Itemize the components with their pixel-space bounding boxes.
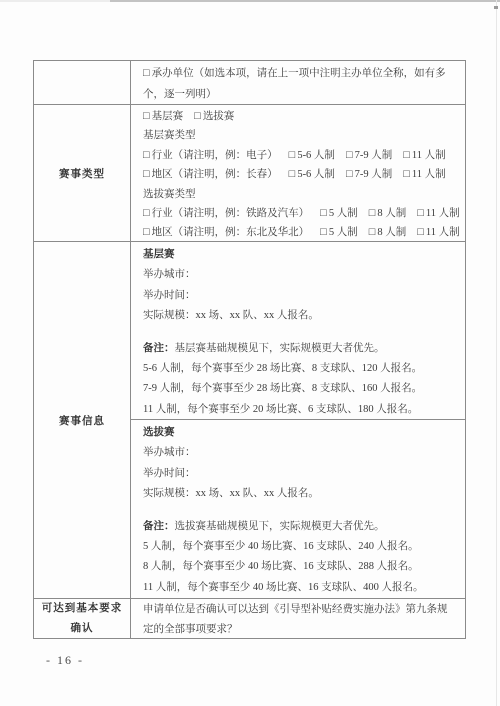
selection-region-options-line: □地区（请注明，例：东北及华北）□5 人制□8 人制□11 人制 [143, 223, 457, 241]
row-label-event-info: 赛事信息 [34, 242, 131, 598]
scan-edge-right [496, 0, 497, 706]
selection-event-section: 选拔赛 举办城市： 举办时间： 实际规模：xx 场、xx 队、xx 人报名。 备… [131, 420, 465, 598]
checkbox-option: □5 人制 [320, 227, 358, 238]
checkbox-option-label: 7-9 人制 [355, 150, 393, 161]
checkbox-icon: □ [143, 110, 150, 122]
scan-edge-top-light [0, 0, 110, 2]
checkbox-option: □11 人制 [417, 227, 459, 238]
checkbox-option-label: 基层赛 [152, 111, 184, 122]
checkbox-icon: □ [320, 226, 327, 238]
checkbox-option: □地区（请注明，例：东北及华北） [143, 227, 309, 238]
note-label: 备注： [143, 343, 175, 354]
organizer-option-label: 承办单位（如选本项，请在上一项中注明主办单位全称，如有多个，逐一列明） [143, 68, 446, 100]
checkbox-icon: □ [289, 168, 296, 180]
checkbox-option-label: 地区（请注明，例：东北及华北） [152, 227, 310, 238]
checkbox-option-label: 11 人制 [412, 150, 446, 161]
application-form-table: □承办单位（如选本项，请在上一项中注明主办单位全称，如有多个，逐一列明） 赛事类… [33, 60, 466, 639]
checkbox-option: □行业（请注明，例：铁路及汽车） [143, 208, 309, 219]
checkbox-icon: □ [417, 207, 424, 219]
checkbox-icon: □ [143, 226, 150, 238]
actual-scale-line: 实际规模：xx 场、xx 队、xx 人报名。 [143, 306, 457, 326]
host-city-line: 举办城市： [143, 265, 457, 285]
selection-section-title: 选拔赛 [143, 423, 457, 443]
actual-scale-line: 实际规模：xx 场、xx 队、xx 人报名。 [143, 484, 457, 504]
row-content-organizer: □承办单位（如选本项，请在上一项中注明主办单位全称，如有多个，逐一列明） [131, 61, 465, 104]
scale-rule-line: 11 人制，每个赛事至少 20 场比赛、6 支球队、180 人报名。 [143, 400, 457, 420]
checkbox-icon: □ [143, 149, 150, 161]
checkbox-icon: □ [369, 207, 376, 219]
row-label-text: 赛事信息 [59, 413, 105, 428]
row-label-text-line2: 确认 [71, 619, 94, 639]
scale-rule-line: 5 人制，每个赛事至少 40 场比赛、16 支球队、240 人报名。 [143, 537, 457, 557]
basic-event-section: 基层赛 举办城市： 举办时间： 实际规模：xx 场、xx 队、xx 人报名。 备… [131, 242, 465, 420]
checkbox-icon: □ [403, 168, 410, 180]
scale-rule-line: 7-9 人制，每个赛事至少 28 场比赛、8 支球队、160 人报名。 [143, 379, 457, 399]
selection-type-heading: 选拔赛类型 [143, 185, 457, 204]
row-label-confirm: 可达到基本要求 确认 [34, 599, 131, 638]
checkbox-option-label: 选拔赛 [203, 111, 235, 122]
checkbox-icon: □ [143, 67, 150, 79]
note-text: 基层赛基础规模见下，实际规模更大者优先。 [175, 343, 385, 354]
blank-line [143, 505, 457, 517]
checkbox-option: □11 人制 [403, 169, 445, 180]
checkbox-option-label: 7-9 人制 [355, 169, 393, 180]
basic-section-title: 基层赛 [143, 245, 457, 265]
checkbox-icon: □ [346, 168, 353, 180]
note-line: 备注：基层赛基础规模见下，实际规模更大者优先。 [143, 339, 457, 359]
checkbox-option-label: 地区（请注明，例：长春） [152, 169, 278, 180]
checkbox-icon: □ [194, 110, 201, 122]
checkbox-icon: □ [417, 226, 424, 238]
event-level-options-line: □基层赛□选拔赛 [143, 107, 457, 126]
checkbox-option: □行业（请注明，例：电子） [143, 150, 278, 161]
note-line: 备注：选拔赛基础规模见下，实际规模更大者优先。 [143, 517, 457, 537]
note-label: 备注： [143, 521, 175, 532]
page-number: - 16 - [46, 653, 84, 668]
checkbox-option: □7-9 人制 [346, 150, 392, 161]
table-row-event-info: 赛事信息 基层赛 举办城市： 举办时间： 实际规模：xx 场、xx 队、xx 人… [34, 241, 465, 598]
checkbox-option-label: 5 人制 [329, 208, 358, 219]
checkbox-option: □7-9 人制 [346, 169, 392, 180]
checkbox-option-label: 行业（请注明，例：电子） [152, 150, 278, 161]
checkbox-option: □8 人制 [369, 208, 407, 219]
selection-industry-options-line: □行业（请注明，例：铁路及汽车）□5 人制□8 人制□11 人制 [143, 204, 457, 223]
checkbox-option: □基层赛 [143, 111, 183, 122]
table-row-event-type: 赛事类型 □基层赛□选拔赛 基层赛类型 □行业（请注明，例：电子）□5-6 人制… [34, 104, 465, 241]
scanned-page: □承办单位（如选本项，请在上一项中注明主办单位全称，如有多个，逐一列明） 赛事类… [0, 0, 500, 706]
row-label-text-line1: 可达到基本要求 [42, 599, 123, 619]
confirm-question: 申请单位是否确认可以达到《引导型补贴经费实施办法》第九条规定的全部事项要求？ [143, 604, 448, 635]
basic-industry-options-line: □行业（请注明，例：电子）□5-6 人制□7-9 人制□11 人制 [143, 146, 457, 165]
host-city-line: 举办城市： [143, 443, 457, 463]
checkbox-option: □5-6 人制 [289, 169, 335, 180]
table-row-confirm: 可达到基本要求 确认 申请单位是否确认可以达到《引导型补贴经费实施办法》第九条规… [34, 598, 465, 638]
scale-rule-line: 11 人制，每个赛事至少 40 场比赛、16 支球队、400 人报名。 [143, 578, 457, 598]
checkbox-option-label: 5-6 人制 [297, 169, 335, 180]
checkbox-option: □11 人制 [403, 150, 445, 161]
scale-rule-line: 5-6 人制，每个赛事至少 28 场比赛、8 支球队、120 人报名。 [143, 359, 457, 379]
host-time-line: 举办时间： [143, 286, 457, 306]
checkbox-option: □11 人制 [417, 208, 459, 219]
table-row-organizer: □承办单位（如选本项，请在上一项中注明主办单位全称，如有多个，逐一列明） [34, 61, 465, 104]
row-content-confirm: 申请单位是否确认可以达到《引导型补贴经费实施办法》第九条规定的全部事项要求？ [131, 599, 465, 638]
checkbox-option: □选拔赛 [194, 111, 234, 122]
basic-type-heading: 基层赛类型 [143, 126, 457, 145]
note-text: 选拔赛基础规模见下，实际规模更大者优先。 [175, 521, 385, 532]
checkbox-option-label: 11 人制 [412, 169, 446, 180]
checkbox-option-label: 5-6 人制 [297, 150, 335, 161]
checkbox-option-label: 8 人制 [377, 208, 406, 219]
checkbox-option-label: 11 人制 [426, 227, 460, 238]
checkbox-option: □8 人制 [369, 227, 407, 238]
basic-region-options-line: □地区（请注明，例：长春）□5-6 人制□7-9 人制□11 人制 [143, 165, 457, 184]
checkbox-icon: □ [143, 168, 150, 180]
scale-rule-line: 8 人制，每个赛事至少 40 场比赛、16 支球队、288 人报名。 [143, 557, 457, 577]
checkbox-icon: □ [320, 207, 327, 219]
checkbox-option-label: 11 人制 [426, 208, 460, 219]
checkbox-option: □5-6 人制 [289, 150, 335, 161]
blank-line [143, 327, 457, 339]
checkbox-icon: □ [403, 149, 410, 161]
row-label-empty [34, 61, 131, 104]
checkbox-option-label: 行业（请注明，例：铁路及汽车） [152, 208, 310, 219]
checkbox-option-label: 8 人制 [377, 227, 406, 238]
scan-edge-top-dark [110, 0, 500, 2]
checkbox-option: □地区（请注明，例：长春） [143, 169, 278, 180]
checkbox-icon: □ [143, 207, 150, 219]
scan-artifact-tick [494, 6, 498, 9]
row-content-event-info: 基层赛 举办城市： 举办时间： 实际规模：xx 场、xx 队、xx 人报名。 备… [131, 242, 465, 598]
checkbox-icon: □ [289, 149, 296, 161]
checkbox-icon: □ [346, 149, 353, 161]
row-content-event-type: □基层赛□选拔赛 基层赛类型 □行业（请注明，例：电子）□5-6 人制□7-9 … [131, 105, 465, 241]
checkbox-option-label: 5 人制 [329, 227, 358, 238]
row-label-text: 赛事类型 [59, 166, 105, 181]
host-time-line: 举办时间： [143, 464, 457, 484]
checkbox-option: □5 人制 [320, 208, 358, 219]
checkbox-icon: □ [369, 226, 376, 238]
row-label-event-type: 赛事类型 [34, 105, 131, 241]
